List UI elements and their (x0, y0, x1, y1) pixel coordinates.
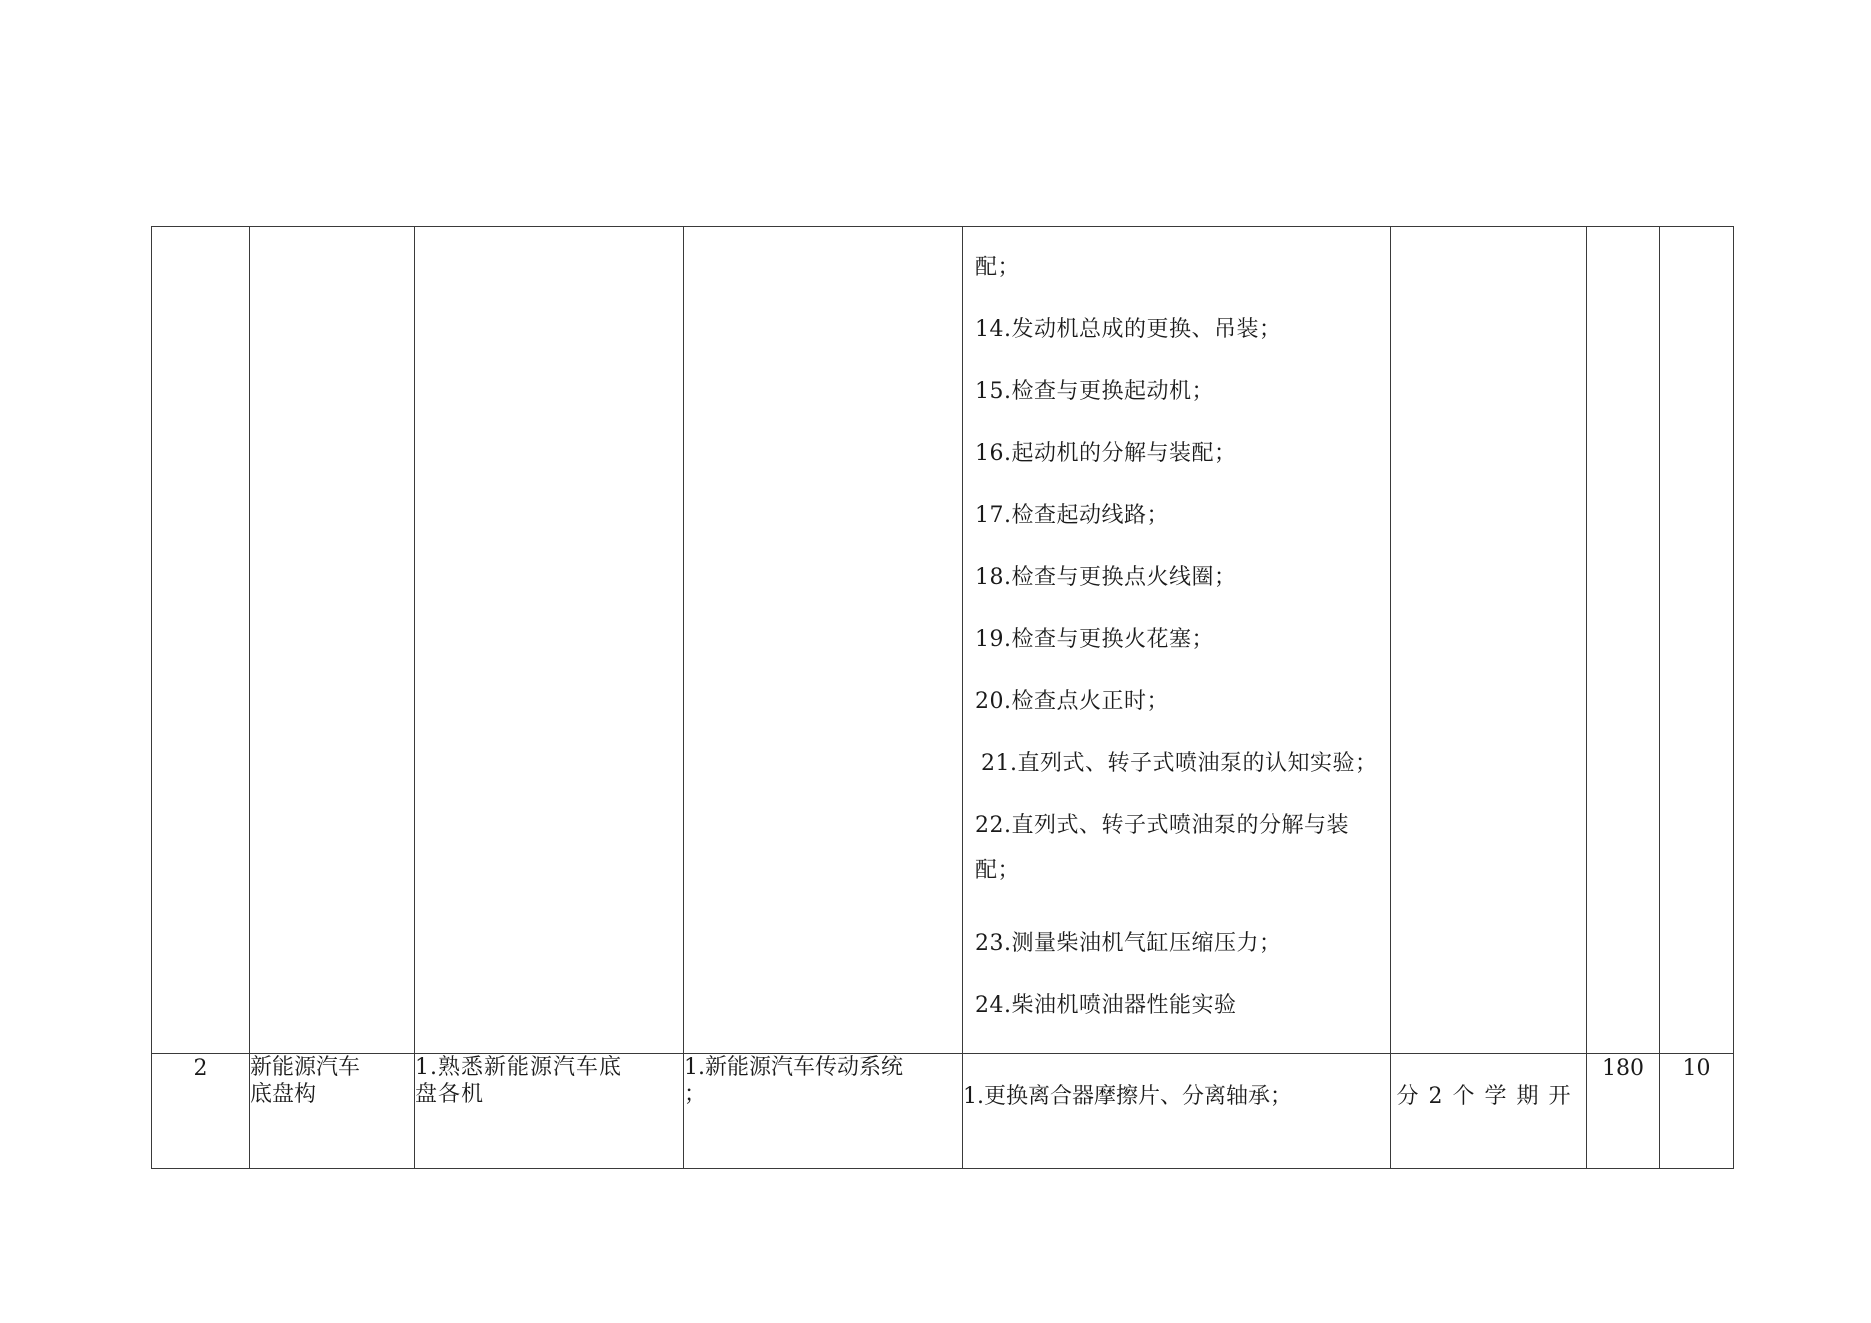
semester-cell (1391, 227, 1587, 1054)
task-item: 19.检查与更换火花塞； (975, 625, 1384, 687)
objective-line: 盘各机 (415, 1081, 683, 1108)
task-item: 22.直列式、转子式喷油泵的分解与装配； (975, 803, 1384, 929)
hours-value: 180 (1602, 1056, 1644, 1081)
row-index: 2 (194, 1056, 208, 1081)
content-line: 1.新能源汽车传动系统 (684, 1054, 962, 1081)
objective-cell: 1.熟悉新能源汽车底 盘各机 (415, 1054, 684, 1169)
task-item: 23.测量柴油机气缸压缩压力； (975, 929, 1384, 991)
module-name-line: 新能源汽车 (250, 1054, 414, 1081)
table-row: 2 新能源汽车 底盘构 1.熟悉新能源汽车底 盘各机 1.新能源汽车传动系统 ；… (152, 1054, 1734, 1169)
objective-cell (415, 227, 684, 1054)
task-item: 21.直列式、转子式喷油泵的认知实验； (975, 749, 1384, 811)
task-item: 15.检查与更换起动机； (975, 377, 1384, 439)
objective-line: 1.熟悉新能源汽车底 (415, 1054, 683, 1081)
task-item: 16.起动机的分解与装配； (975, 439, 1384, 501)
index-cell: 2 (152, 1054, 250, 1169)
semester-text: 分2个学期开 (1397, 1084, 1581, 1109)
content-cell (684, 227, 963, 1054)
index-cell (152, 227, 250, 1054)
table-row: 配； 14.发动机总成的更换、吊装； 15.检查与更换起动机； 16.起动机的分… (152, 227, 1734, 1054)
semester-cell: 分2个学期开 (1391, 1054, 1587, 1169)
task-item: 14.发动机总成的更换、吊装； (975, 315, 1384, 377)
task-item: 20.检查点火正时； (975, 687, 1384, 749)
hours-cell (1587, 227, 1660, 1054)
task-item: 18.检查与更换点火线圈； (975, 563, 1384, 625)
credits-cell: 10 (1660, 1054, 1734, 1169)
module-cell (250, 227, 415, 1054)
task-item: 配； (975, 253, 1384, 315)
tasks-cell: 1.更换离合器摩擦片、分离轴承； (963, 1054, 1391, 1169)
credits-value: 10 (1683, 1056, 1711, 1081)
credits-cell (1660, 227, 1734, 1054)
task-item: 17.检查起动线路； (975, 501, 1384, 563)
tasks-cell: 配； 14.发动机总成的更换、吊装； 15.检查与更换起动机； 16.起动机的分… (963, 227, 1391, 1054)
task-item: 1.更换离合器摩擦片、分离轴承； (963, 1084, 1292, 1109)
document-page: 配； 14.发动机总成的更换、吊装； 15.检查与更换起动机； 16.起动机的分… (0, 0, 1871, 1323)
module-name-line: 底盘构 (250, 1081, 414, 1108)
content-line: ； (684, 1081, 962, 1108)
content-cell: 1.新能源汽车传动系统 ； (684, 1054, 963, 1169)
module-cell: 新能源汽车 底盘构 (250, 1054, 415, 1169)
course-table: 配； 14.发动机总成的更换、吊装； 15.检查与更换起动机； 16.起动机的分… (151, 226, 1734, 1169)
task-item: 24.柴油机喷油器性能实验 (975, 991, 1384, 1053)
hours-cell: 180 (1587, 1054, 1660, 1169)
